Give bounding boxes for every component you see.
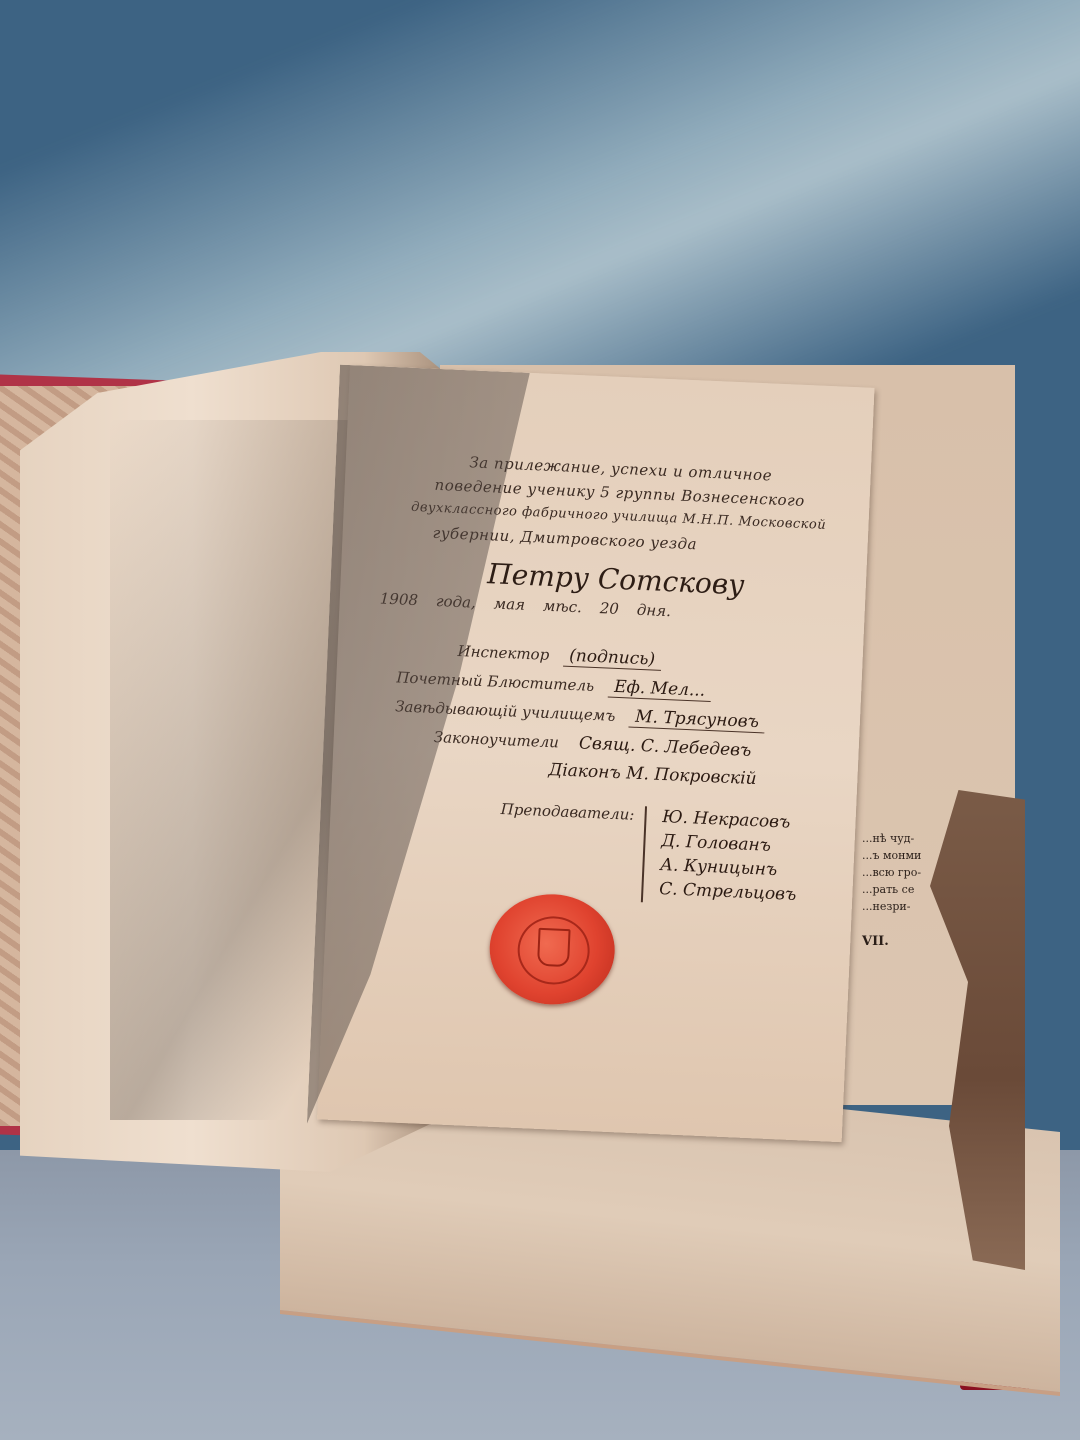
printed-line: ...всю гро- <box>862 864 921 881</box>
printed-line: ...рать се <box>862 881 921 898</box>
coat-of-arms-icon <box>537 928 571 967</box>
date-month: мая <box>493 595 525 614</box>
teacher-signature: С. Стрельцовъ <box>653 879 803 905</box>
handwritten-signature: Свящ. С. Лебедевъ <box>572 733 757 761</box>
teachers-signatures: Ю. Некрасовъ Д. Голованъ А. Куницынъ С. … <box>641 806 806 909</box>
teachers-label: Преподаватели: <box>497 800 635 902</box>
printed-text-fragment: ...нѣ чуд- ...ъ монми ...всю гро- ...рат… <box>862 830 921 950</box>
date-day-word: дня. <box>636 601 671 620</box>
teachers-block: Преподаватели: Ю. Некрасовъ Д. Голованъ … <box>387 795 821 910</box>
printed-line: ...незри- <box>862 898 921 915</box>
photo-scene: ...нѣ чуд- ...ъ монми ...всю гро- ...рат… <box>0 0 1080 1440</box>
teacher-signature: А. Куницынъ <box>654 855 804 881</box>
signatory-title: Инспектор <box>457 642 549 664</box>
printed-line: ...нѣ чуд- <box>862 830 921 847</box>
date-month-word: мѣс. <box>543 597 583 617</box>
printed-line: ...ъ монми <box>862 847 921 864</box>
handwritten-signature: (подпись) <box>563 646 662 671</box>
handwritten-signature: Еф. Мел... <box>608 677 712 702</box>
handwritten-signature: М. Трясуновъ <box>629 707 766 734</box>
teacher-signature: Ю. Некрасовъ <box>656 807 806 833</box>
certificate-sheet: За прилежание, успехи и отличное поведен… <box>317 365 874 1142</box>
handwritten-signature: Діаконъ М. Покровскій <box>542 760 763 790</box>
teacher-signature: Д. Голованъ <box>655 831 805 857</box>
wax-seal <box>487 892 617 1007</box>
chapter-numeral: VII. <box>862 933 921 950</box>
date-day: 20 <box>599 599 619 618</box>
signatory-title: Законоучители <box>433 728 559 751</box>
